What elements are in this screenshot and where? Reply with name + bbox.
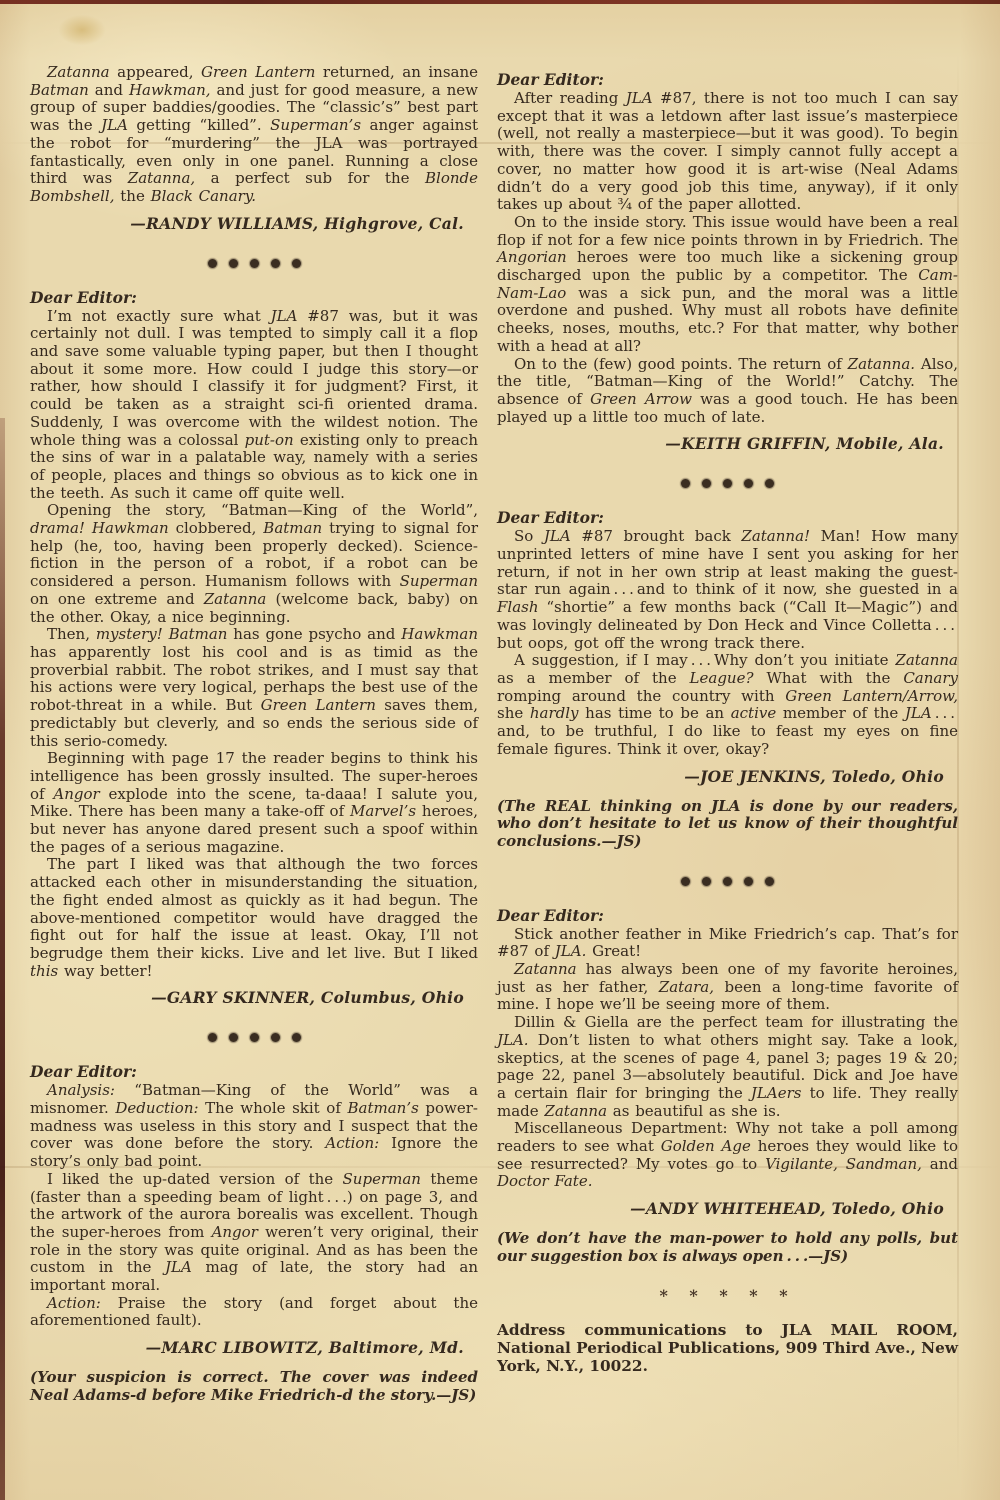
letter-paragraph: On to the inside story. This issue would… [497,214,958,356]
separator-dot [744,479,753,488]
separator-dot [229,1033,238,1042]
letter-paragraph: Zatanna appeared, Green Lantern returned… [30,64,478,206]
dear-editor-heading: Dear Editor: [30,1062,478,1081]
separator-dot [250,1033,259,1042]
letter-paragraph: Beginning with page 17 the reader begins… [30,750,478,856]
letter-paragraph: Zatanna has always been one of my favori… [497,961,958,1014]
letter-paragraph: Then, mystery! Batman has gone psycho an… [30,626,478,750]
letter-paragraph: I liked the up-dated version of the Supe… [30,1171,478,1295]
dear-editor-heading: Dear Editor: [30,288,478,307]
separator-dot [765,877,774,886]
letter-paragraph: On to the (few) good points. The return … [497,356,958,427]
section-separator [30,258,478,268]
letter-paragraph: I’m not exactly sure what JLA #87 was, b… [30,308,478,503]
separator-dot [681,479,690,488]
separator-dot [723,877,732,886]
letter-signature: —ANDY WHITEHEAD, Toledo, Ohio [497,1199,958,1218]
page-edge-left [0,418,5,1500]
dear-editor-heading: Dear Editor: [497,508,958,527]
letters-column-right: Dear Editor:After reading JLA #87, there… [497,58,958,1375]
editor-reply-note: (Your suspicion is correct. The cover wa… [30,1369,478,1404]
section-separator [497,876,958,886]
separator-dot [229,259,238,268]
letters-page: { "page": { "kind": "comic letters page … [0,0,1000,1500]
letter-paragraph: Dillin & Giella are the perfect team for… [497,1014,958,1120]
separator-dot [681,877,690,886]
separator-dot [765,479,774,488]
separator-dot [271,259,280,268]
section-separator: * * * * * [497,1286,958,1305]
letters-column-left: Zatanna appeared, Green Lantern returned… [30,64,478,1405]
letter-paragraph: Action: Praise the story (and forget abo… [30,1295,478,1330]
dear-editor-heading: Dear Editor: [497,70,958,89]
separator-dot [702,479,711,488]
separator-dot [702,877,711,886]
letter-paragraph: Opening the story, “Batman—King of the W… [30,502,478,626]
dear-editor-heading: Dear Editor: [497,906,958,925]
letter-signature: —RANDY WILLIAMS, Highgrove, Cal. [30,214,478,233]
letter-paragraph: Miscellaneous Department: Why not take a… [497,1120,958,1191]
letter-signature: —KEITH GRIFFIN, Mobile, Ala. [497,434,958,453]
letter-paragraph: The part I liked was that although the t… [30,856,478,980]
letter-paragraph: After reading JLA #87, there is not too … [497,90,958,214]
section-separator [497,478,958,488]
page-edge-top [0,0,1000,4]
separator-dot [250,259,259,268]
separator-dot [292,259,301,268]
separator-dot [292,1033,301,1042]
letter-signature: —JOE JENKINS, Toledo, Ohio [497,767,958,786]
separator-dot [208,259,217,268]
separator-dot [744,877,753,886]
letter-paragraph: Stick another feather in Mike Friedrich’… [497,926,958,961]
editor-reply-note: (We don’t have the man-power to hold any… [497,1230,958,1265]
letter-paragraph: Analysis: “Batman—King of the World” was… [30,1082,478,1171]
letter-signature: —MARC LIBOWITZ, Baltimore, Md. [30,1338,478,1357]
letter-paragraph: So JLA #87 brought back Zatanna! Man! Ho… [497,528,958,652]
separator-dot [723,479,732,488]
mailroom-address: Address communications to JLA MAIL ROOM,… [497,1321,958,1376]
letter-signature: —GARY SKINNER, Columbus, Ohio [30,988,478,1007]
letter-paragraph: A suggestion, if I may . . . Why don’t y… [497,652,958,758]
editor-reply-note: (The REAL thinking on JLA is done by our… [497,798,958,851]
separator-dot [271,1033,280,1042]
section-separator [30,1032,478,1042]
separator-dot [208,1033,217,1042]
